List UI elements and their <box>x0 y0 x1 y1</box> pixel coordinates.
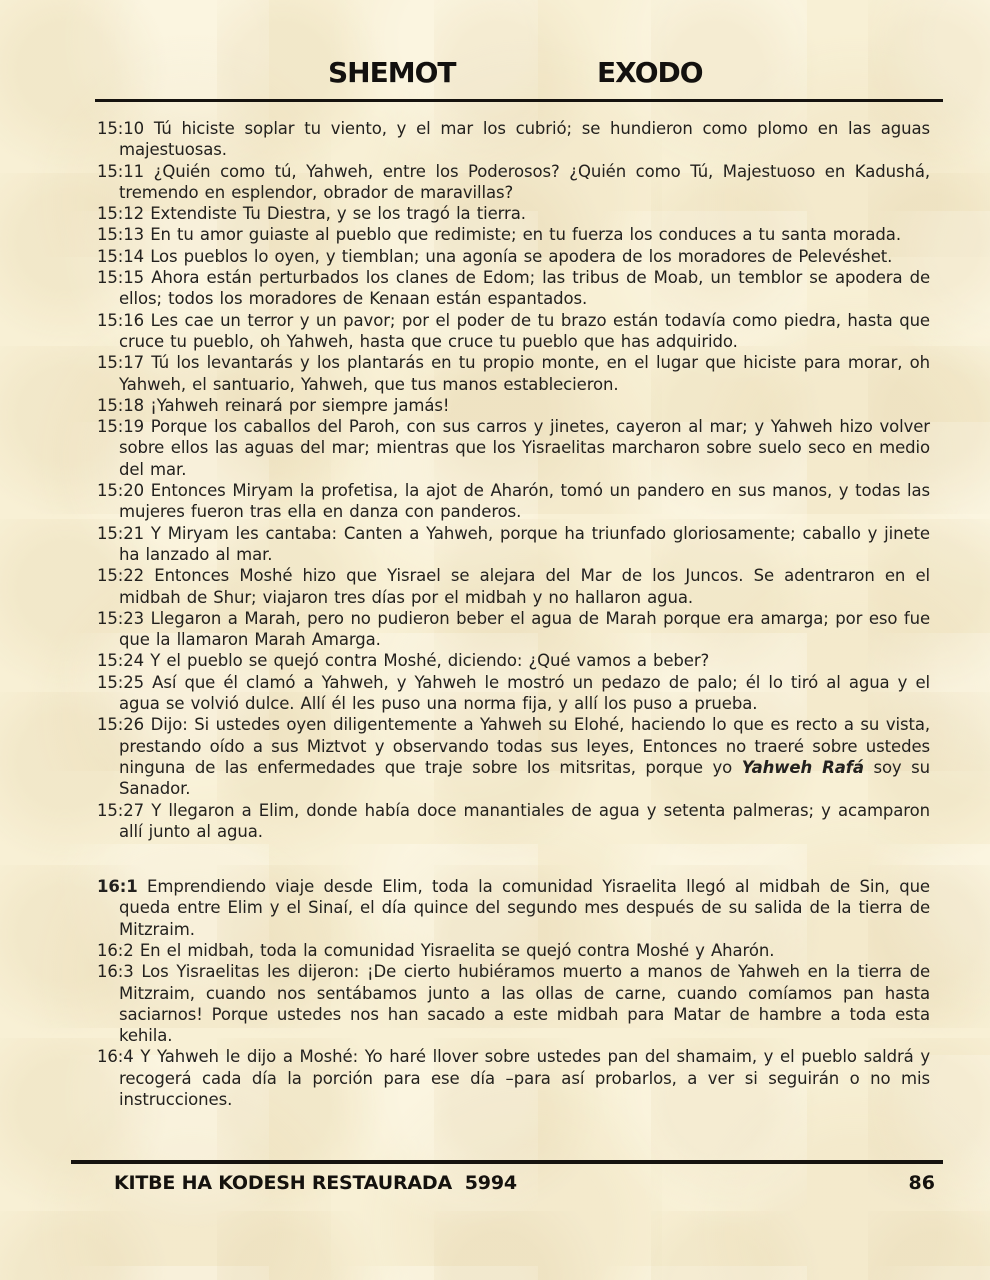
verse-number: 15:22 <box>97 566 144 585</box>
verse-text: ¡Yahweh reinará por siempre jamás! <box>150 396 449 415</box>
verse-number: 15:20 <box>97 481 144 500</box>
verse-text: Y llegaron a Elim, donde había doce mana… <box>119 801 930 841</box>
verse-text: Entonces Miryam la profetisa, la ajot de… <box>119 481 930 521</box>
verse-paragraph: 15:10 Tú hiciste soplar tu viento, y el … <box>97 118 930 161</box>
verse-text: Entonces Moshé hizo que Yisrael se aleja… <box>119 566 930 606</box>
verse-paragraph: 15:25 Así que él clamó a Yahweh, y Yahwe… <box>97 672 930 715</box>
verse-number: 15:24 <box>97 651 144 670</box>
verse-number: 15:18 <box>97 396 144 415</box>
verse-paragraph: 15:14 Los pueblos lo oyen, y tiemblan; u… <box>97 246 930 267</box>
verse-number: 15:14 <box>97 247 144 266</box>
verse-paragraph: 15:12 Extendiste Tu Diestra, y se los tr… <box>97 203 930 224</box>
verse-text: Emprendiendo viaje desde Elim, toda la c… <box>119 877 930 939</box>
verse-text: Y Miryam les cantaba: Canten a Yahweh, p… <box>119 524 930 564</box>
verse-number: 15:19 <box>97 417 144 436</box>
footer-publication-title: KITBE HA KODESH RESTAURADA 5994 <box>114 1172 517 1194</box>
verse-paragraph: 16:2 En el midbah, toda la comunidad Yis… <box>97 940 930 961</box>
verse-paragraph: 15:11 ¿Quién como tú, Yahweh, entre los … <box>97 161 930 204</box>
divine-name-emphasis: Yahweh Rafá <box>742 758 864 777</box>
verse-text: Les cae un terror y un pavor; por el pod… <box>119 311 930 351</box>
verse-number: 15:27 <box>97 801 144 820</box>
verse-text: Así que él clamó a Yahweh, y Yahweh le m… <box>119 673 930 713</box>
verse-number: 16:2 <box>97 941 134 960</box>
verse-paragraph: 16:4 Y Yahweh le dijo a Moshé: Yo haré l… <box>97 1046 930 1110</box>
verse-number: 15:12 <box>97 204 144 223</box>
verse-text: Tú hiciste soplar tu viento, y el mar lo… <box>119 119 930 159</box>
verse-paragraph: 15:21 Y Miryam les cantaba: Canten a Yah… <box>97 523 930 566</box>
verse-paragraph: 15:22 Entonces Moshé hizo que Yisrael se… <box>97 565 930 608</box>
verse-paragraph: 15:13 En tu amor guiaste al pueblo que r… <box>97 224 930 245</box>
footer-rule <box>71 1160 943 1164</box>
verse-number: 15:16 <box>97 311 144 330</box>
verse-text: Ahora están perturbados los clanes de Ed… <box>119 268 930 308</box>
verse-number: 15:11 <box>97 162 144 181</box>
verse-paragraph: 15:17 Tú los levantarás y los plantarás … <box>97 352 930 395</box>
header-rule <box>95 99 943 102</box>
verse-number: 16:1 <box>97 877 138 896</box>
verse-text: Y Yahweh le dijo a Moshé: Yo haré llover… <box>119 1047 930 1109</box>
verse-number: 16:3 <box>97 962 134 981</box>
verse-text-block: 15:10 Tú hiciste soplar tu viento, y el … <box>97 118 930 1110</box>
verse-paragraph: 16:1 Emprendiendo viaje desde Elim, toda… <box>97 876 930 940</box>
page-title-shemot: SHEMOT <box>328 56 456 89</box>
verse-text: Extendiste Tu Diestra, y se los tragó la… <box>150 204 526 223</box>
verse-paragraph: 15:27 Y llegaron a Elim, donde había doc… <box>97 800 930 843</box>
verse-text: Tú los levantarás y los plantarás en tu … <box>119 353 930 393</box>
verse-text: Porque los caballos del Paroh, con sus c… <box>119 417 930 479</box>
verse-paragraph: 15:26 Dijo: Si ustedes oyen diligentemen… <box>97 714 930 799</box>
verse-text: Los Yisraelitas les dijeron: ¡De cierto … <box>119 962 930 1045</box>
verse-paragraph: 15:19 Porque los caballos del Paroh, con… <box>97 416 930 480</box>
verse-number: 15:26 <box>97 715 144 734</box>
verse-number: 15:21 <box>97 524 144 543</box>
verse-text: Y el pueblo se quejó contra Moshé, dicie… <box>150 651 709 670</box>
footer-page-number: 86 <box>878 1172 935 1194</box>
page-title-exodo: EXODO <box>597 56 703 89</box>
verse-number: 15:13 <box>97 225 144 244</box>
verse-text: En tu amor guiaste al pueblo que redimis… <box>150 225 901 244</box>
verse-paragraph: 15:20 Entonces Miryam la profetisa, la a… <box>97 480 930 523</box>
verse-paragraph: 15:18 ¡Yahweh reinará por siempre jamás! <box>97 395 930 416</box>
verse-text: En el midbah, toda la comunidad Yisraeli… <box>140 941 775 960</box>
verse-paragraph: 15:24 Y el pueblo se quejó contra Moshé,… <box>97 650 930 671</box>
verse-paragraph: 16:3 Los Yisraelitas les dijeron: ¡De ci… <box>97 961 930 1046</box>
verse-paragraph: 15:15 Ahora están perturbados los clanes… <box>97 267 930 310</box>
verse-number: 15:17 <box>97 353 144 372</box>
verse-paragraph: 15:23 Llegaron a Marah, pero no pudieron… <box>97 608 930 651</box>
verse-text: Los pueblos lo oyen, y tiemblan; una ago… <box>150 247 892 266</box>
verse-number: 15:23 <box>97 609 144 628</box>
verse-number: 16:4 <box>97 1047 134 1066</box>
verse-text: Llegaron a Marah, pero no pudieron beber… <box>119 609 930 649</box>
verse-text: ¿Quién como tú, Yahweh, entre los Podero… <box>119 162 930 202</box>
verse-paragraph: 15:16 Les cae un terror y un pavor; por … <box>97 310 930 353</box>
verse-number: 15:15 <box>97 268 144 287</box>
document-page: SHEMOT EXODO 15:10 Tú hiciste soplar tu … <box>0 0 990 1280</box>
verse-number: 15:25 <box>97 673 144 692</box>
verse-number: 15:10 <box>97 119 144 138</box>
